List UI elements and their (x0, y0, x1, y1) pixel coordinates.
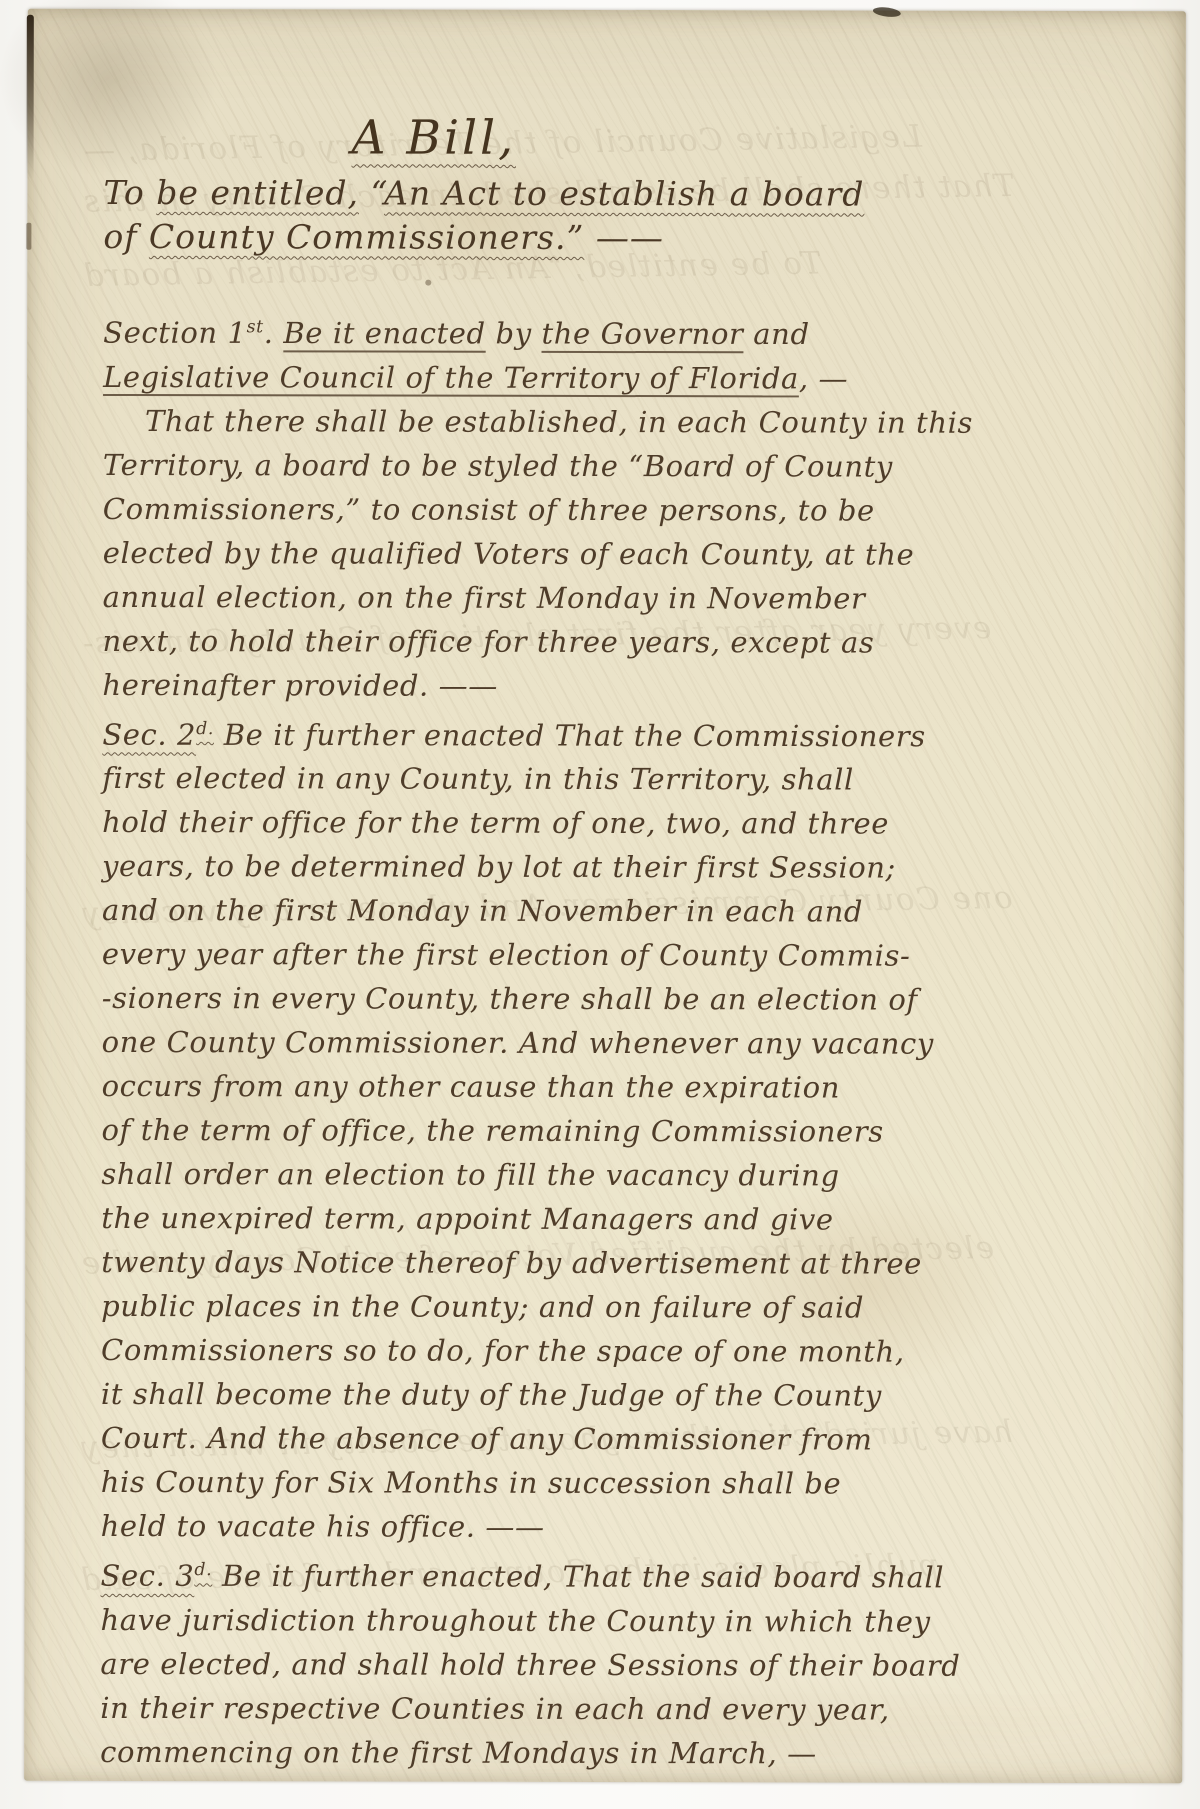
manuscript-line: Commissioners so to do, for the space of… (101, 1328, 1159, 1374)
manuscript-line: Sec. 3d. Be it further enacted, That the… (101, 1548, 1159, 1600)
manuscript-line: it shall become the duty of the Judge of… (101, 1372, 1159, 1418)
manuscript-line: Sec. 2d. Be it further enacted That the … (102, 707, 1160, 759)
manuscript-line: his County for Six Months in succession … (101, 1460, 1159, 1506)
manuscript-lines: A Bill,To be entitled, “An Act to establ… (100, 9, 1162, 1776)
manuscript-line: of County Commissioners.” —— (103, 215, 1161, 261)
manuscript-page: Legislative Council of the Territory of … (24, 9, 1186, 1783)
manuscript-line: years, to be determined by lot at their … (102, 844, 1160, 890)
manuscript-line: commencing on the first Mondays in March… (100, 1730, 1158, 1776)
manuscript-line: twenty days Notice thereof by advertisem… (101, 1240, 1159, 1286)
manuscript-line: elected by the qualified Voters of each … (103, 531, 1161, 577)
manuscript-line: first elected in any County, in this Ter… (102, 756, 1160, 802)
manuscript-line: hold their office for the term of one, t… (102, 800, 1160, 846)
manuscript-line: hereinafter provided. —— (102, 663, 1160, 709)
manuscript-line: every year after the first election of C… (102, 932, 1160, 978)
manuscript-line: -sioners in every County, there shall be… (102, 976, 1160, 1022)
manuscript-line: have jurisdiction throughout the County … (100, 1598, 1158, 1644)
manuscript-line: Court. And the absence of any Commission… (101, 1416, 1159, 1462)
manuscript-line: of the term of office, the remaining Com… (101, 1108, 1159, 1154)
manuscript-line: Territory, a board to be styled the “Boa… (103, 443, 1161, 489)
ink-speck (425, 280, 431, 286)
scan-background: { "colors": { "ink": "#4e3c29", "paper_b… (0, 0, 1200, 1809)
manuscript-line: in their respective Counties in each and… (100, 1686, 1158, 1732)
manuscript-line: To be entitled, “An Act to establish a b… (103, 171, 1161, 217)
manuscript-line: annual election, on the first Monday in … (103, 575, 1161, 621)
manuscript-line: one County Commissioner. And whenever an… (102, 1020, 1160, 1066)
manuscript-line: public places in the County; and on fail… (101, 1284, 1159, 1330)
manuscript-line: shall order an election to fill the vaca… (101, 1152, 1159, 1198)
manuscript-line: held to vacate his office. —— (101, 1504, 1159, 1550)
manuscript-line: and on the first Monday in November in e… (102, 888, 1160, 934)
manuscript-line: Legislative Council of the Territory of … (103, 355, 1161, 401)
document-title: A Bill, (104, 105, 1162, 173)
paper-edge-shadow (26, 15, 33, 180)
manuscript-line: That there shall be established, in each… (103, 399, 1161, 445)
manuscript-line: the unexpired term, appoint Managers and… (101, 1196, 1159, 1242)
manuscript-line: Commissioners,” to consist of three pers… (103, 487, 1161, 533)
manuscript-line: are elected, and shall hold three Sessio… (100, 1642, 1158, 1688)
manuscript-line: next, to hold their office for three yea… (102, 619, 1160, 665)
paper-edge-notch (26, 223, 31, 250)
manuscript-line: occurs from any other cause than the exp… (102, 1064, 1160, 1110)
manuscript-line: Section 1st. Be it enacted by the Govern… (103, 305, 1161, 357)
